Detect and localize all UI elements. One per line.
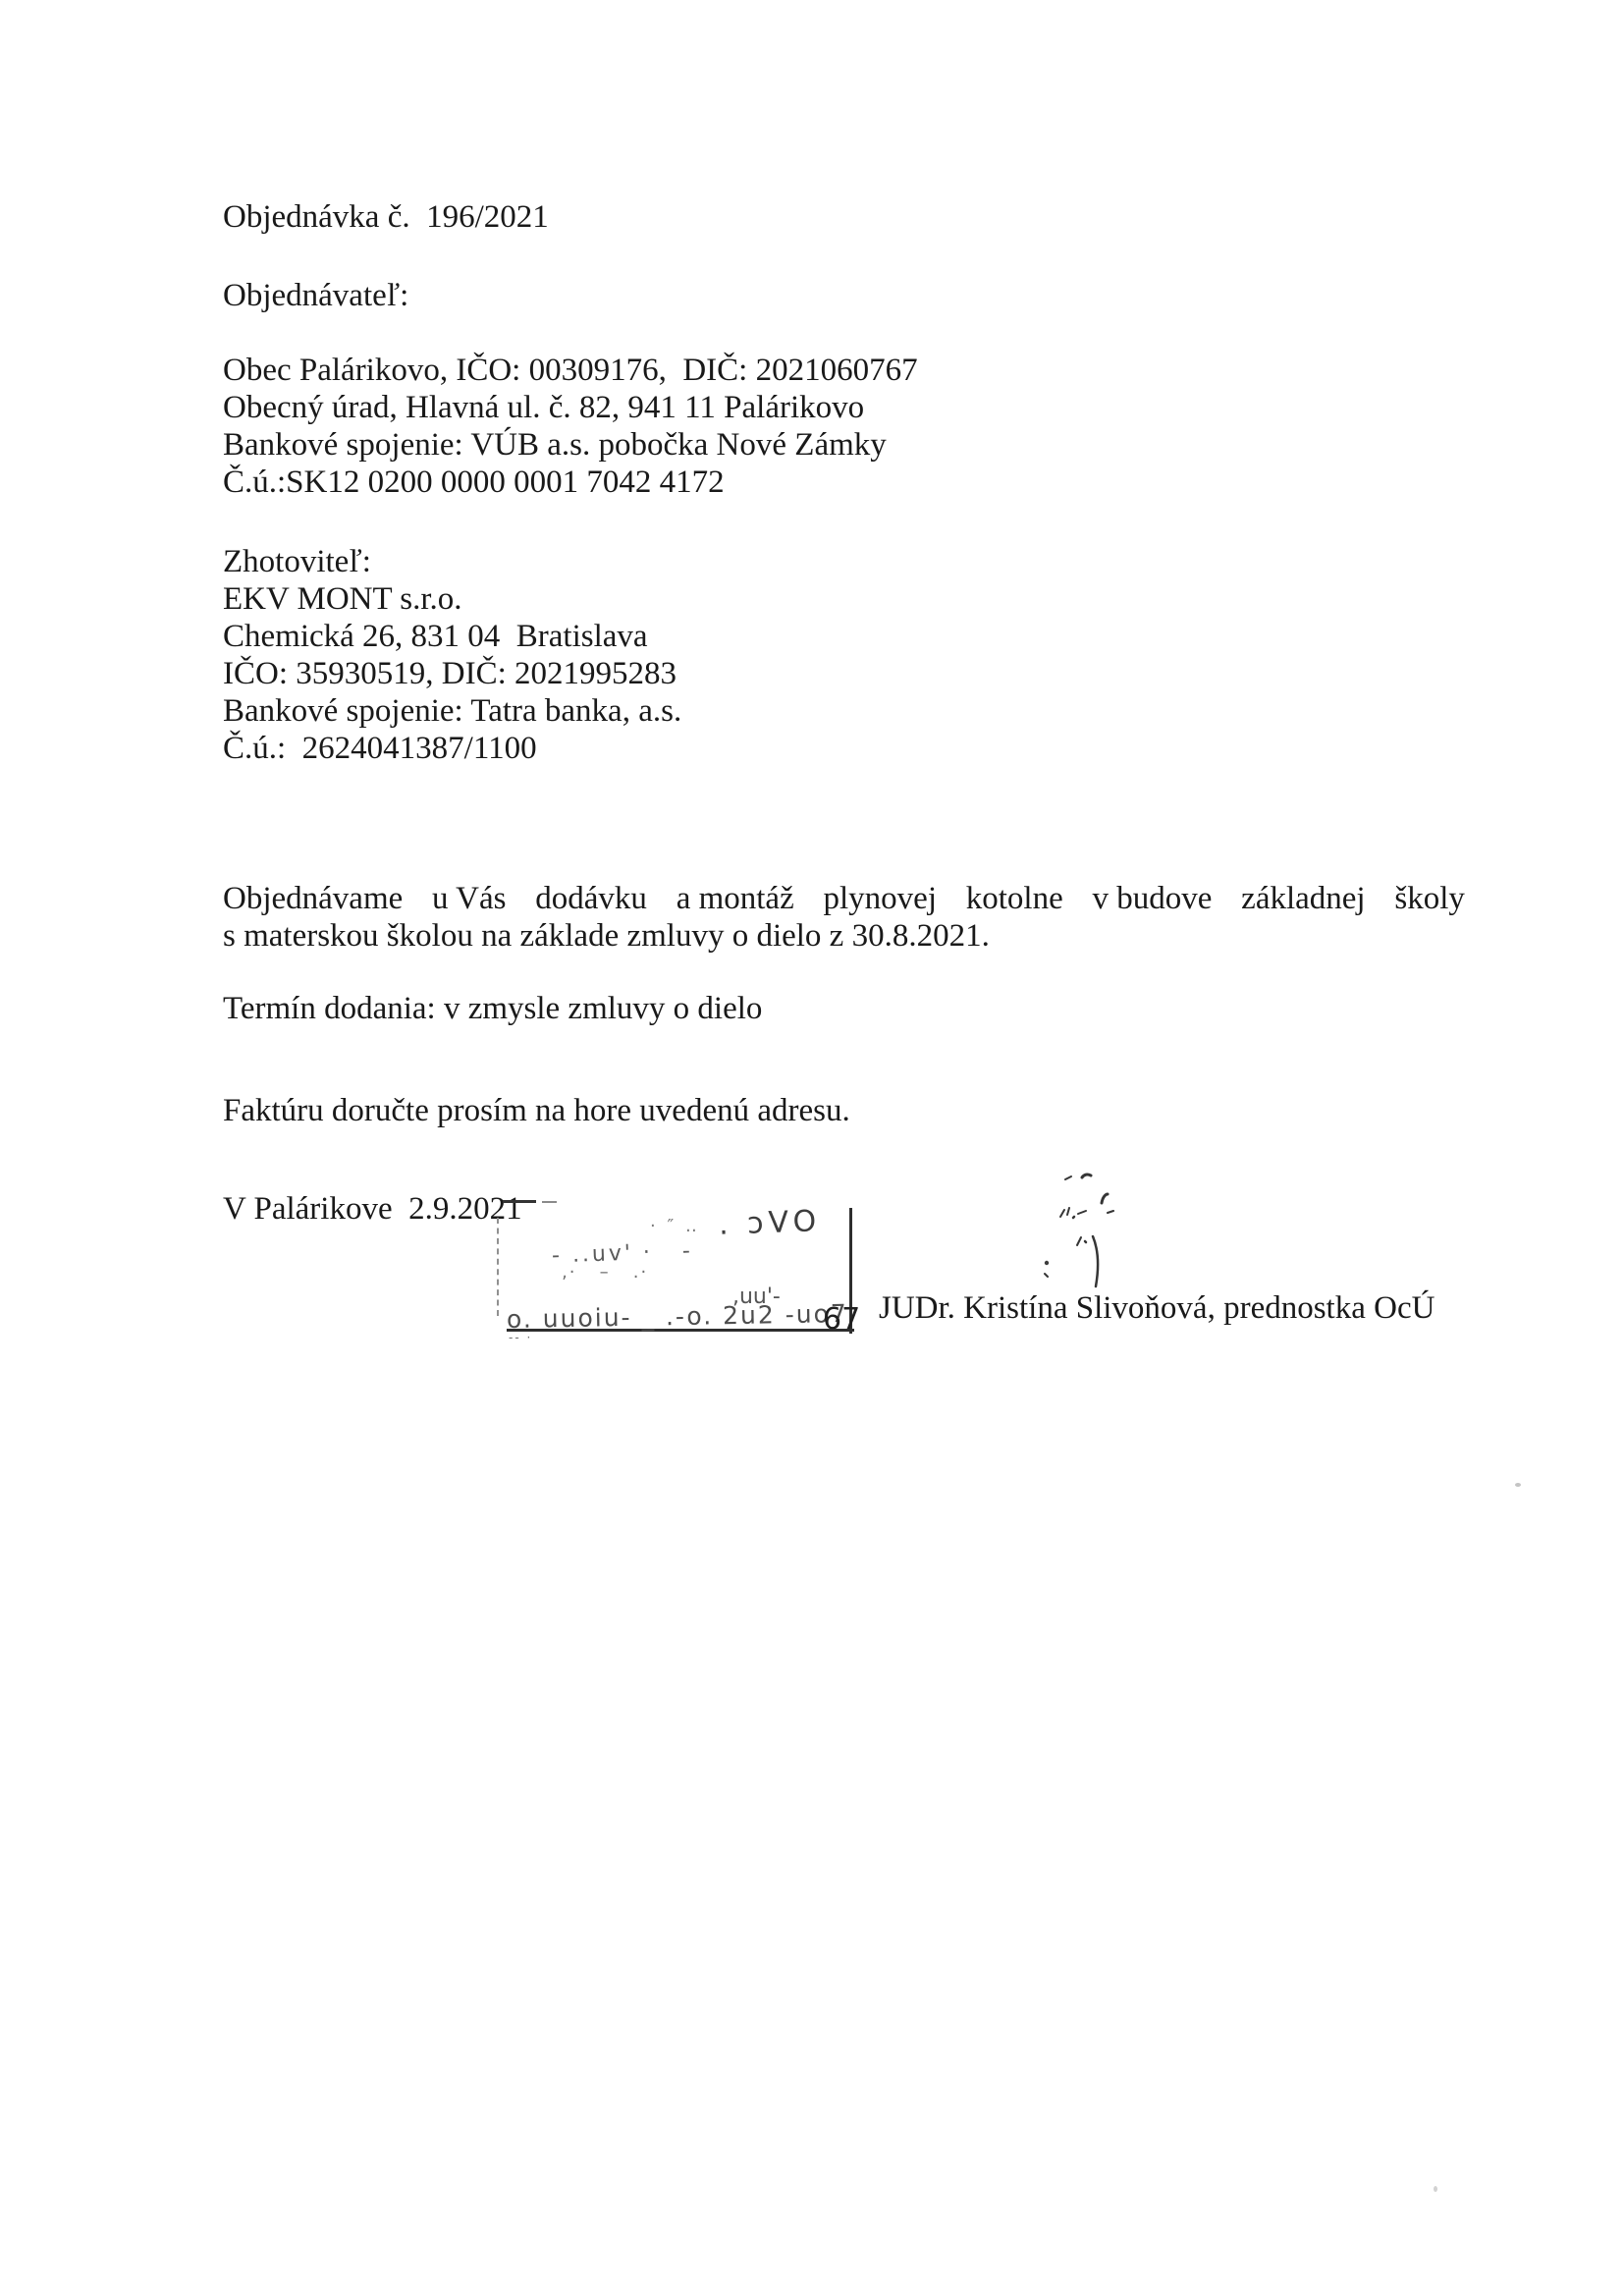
- contractor-line: Chemická 26, 831 04 Bratislava: [223, 618, 681, 655]
- contractor-line: Bankové spojenie: Tatra banka, a.s.: [223, 692, 681, 730]
- signature-ink: [1021, 1164, 1129, 1296]
- stamp-border-top-dash: [503, 1200, 536, 1203]
- customer-block: Obec Palárikovo, IČO: 00309176, DIČ: 202…: [223, 352, 918, 501]
- faded-rubber-stamp: · ″ ‥ . ɔVO - ..uv' · - ‚· – .· ,uu'- o.…: [497, 1200, 852, 1334]
- stamp-fragment: -- ·: [509, 1331, 532, 1344]
- stamp-fragment: ‚· – .·: [562, 1262, 648, 1283]
- scan-speck: [1515, 1483, 1521, 1487]
- customer-label: Objednávateľ:: [223, 277, 408, 314]
- contractor-label: Zhotoviteľ:: [223, 543, 681, 580]
- delivery-terms-line: Termín dodania: v zmysle zmluvy o dielo: [223, 990, 762, 1027]
- stamp-corner-number: 67: [823, 1302, 860, 1337]
- stamp-fragment: · ″ ‥: [650, 1216, 700, 1236]
- contractor-block: Zhotoviteľ: EKV MONT s.r.o. Chemická 26,…: [223, 543, 681, 767]
- signatory-line: JUDr. Kristína Slivoňová, prednostka OcÚ: [879, 1289, 1435, 1327]
- customer-line: Bankové spojenie: VÚB a.s. pobočka Nové …: [223, 426, 918, 464]
- contractor-line: Č.ú.: 2624041387/1100: [223, 730, 681, 767]
- scanned-order-document: Objednávka č. 196/2021 Objednávateľ: Obe…: [0, 0, 1624, 2296]
- stamp-fragment: o. uuoiu- _ .-o. 2u2 -uo7: [507, 1299, 848, 1334]
- scan-speck: [1434, 2186, 1437, 2192]
- stamp-fragment: . ɔVO: [718, 1204, 821, 1242]
- customer-line: Obecný úrad, Hlavná ul. č. 82, 941 11 Pa…: [223, 389, 918, 426]
- invoice-instruction-line: Faktúru doručte prosím na hore uvedenú a…: [223, 1092, 850, 1129]
- place-date-line: V Palárikove 2.9.2021: [223, 1190, 522, 1228]
- stamp-border-top-dash: [542, 1201, 557, 1203]
- customer-line: Č.ú.:SK12 0200 0000 0001 7042 4172: [223, 464, 918, 501]
- stamp-border-left-dashed: [497, 1218, 499, 1316]
- contractor-line: IČO: 35930519, DIČ: 2021995283: [223, 655, 681, 692]
- body-line-justified: Objednávame u Vás dodávku a montáž plyno…: [223, 880, 1465, 917]
- order-number-line: Objednávka č. 196/2021: [223, 198, 549, 236]
- customer-line: Obec Palárikovo, IČO: 00309176, DIČ: 202…: [223, 352, 918, 389]
- order-body-paragraph: Objednávame u Vás dodávku a montáž plyno…: [223, 880, 1465, 955]
- body-line-2: s materskou školou na základe zmluvy o d…: [223, 917, 1465, 955]
- contractor-line: EKV MONT s.r.o.: [223, 580, 681, 618]
